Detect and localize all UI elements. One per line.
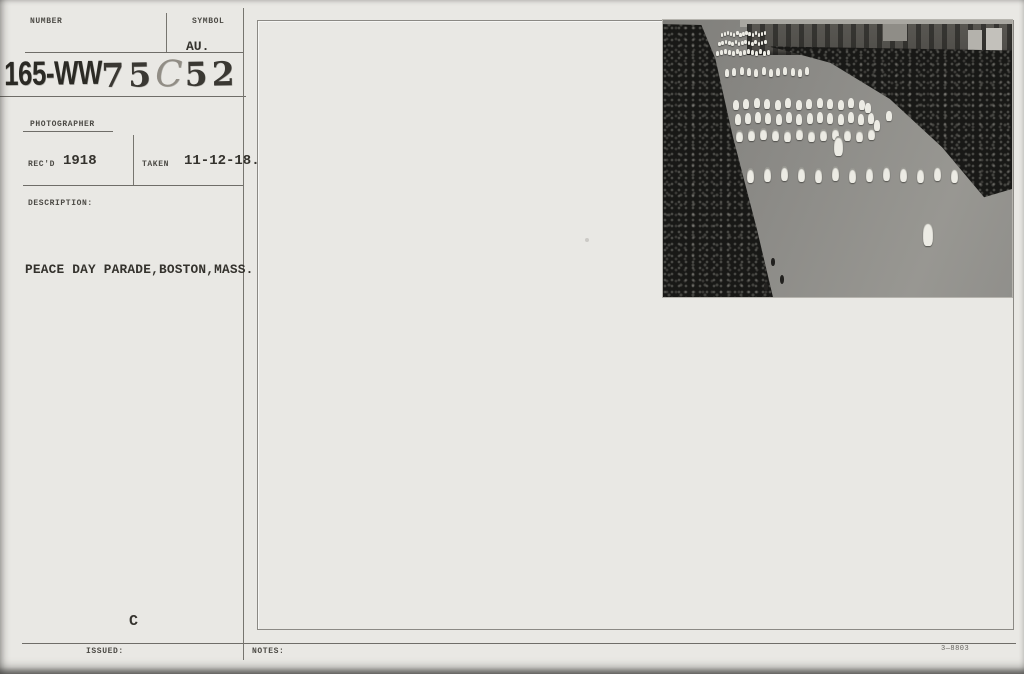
marcher-figure (827, 113, 833, 124)
taken-label: TAKEN (142, 160, 169, 169)
marcher-figure (755, 51, 758, 56)
marcher-figure (865, 103, 871, 113)
marcher-figure (751, 42, 754, 47)
number-label: NUMBER (30, 17, 62, 26)
symbol-value: AU. (186, 39, 209, 54)
marcher-figure (767, 50, 770, 55)
description-label: DESCRIPTION: (28, 199, 93, 208)
marcher-figure (791, 68, 795, 76)
marcher-figure (761, 41, 764, 46)
marcher-figure (748, 41, 751, 46)
marcher-figure (736, 130, 743, 142)
marcher-figure (728, 50, 731, 55)
marcher-figure (817, 98, 823, 108)
marcher-figure (866, 167, 874, 182)
marcher-figure (859, 100, 865, 110)
marcher-figure (731, 42, 734, 47)
marcher-figure (754, 40, 757, 45)
symbol-label: SYMBOL (192, 17, 224, 26)
marcher-figure (786, 112, 792, 123)
marcher-figure (776, 68, 780, 76)
marcher-row (735, 113, 875, 124)
marcher-figure (796, 100, 802, 110)
marcher-figure (724, 49, 727, 54)
marcher-figure (743, 50, 746, 55)
marcher-figure (747, 68, 751, 76)
class-mark: C (129, 613, 138, 630)
marcher-figure (760, 128, 767, 140)
marcher-figure (815, 168, 823, 183)
marcher-figure (748, 129, 755, 141)
marcher-row (721, 32, 767, 36)
marcher-figure (741, 41, 744, 46)
leader-figure (923, 222, 933, 246)
marcher-figure (951, 168, 959, 183)
marcher-row (725, 68, 809, 76)
marcher-row (736, 129, 875, 141)
archive-caption-card: NUMBER SYMBOL AU. 165-WW 75C52 PHOTOGRAP… (0, 0, 1024, 674)
marcher-figure (721, 41, 724, 46)
photographer-label: PHOTOGRAPHER (30, 120, 95, 129)
marcher-figure (745, 31, 748, 35)
marcher-figure (725, 40, 728, 45)
marcher-figure (740, 67, 744, 75)
marcher-row (747, 167, 959, 182)
marcher-figure (796, 128, 803, 140)
marcher-figure (754, 98, 760, 108)
rule-bottom (22, 643, 1016, 644)
marcher-figure (781, 166, 789, 181)
parade-photograph (663, 20, 1012, 297)
notes-label: NOTES: (252, 647, 284, 656)
marcher-figure (735, 40, 738, 45)
marcher-figure (798, 69, 802, 77)
marcher-figure (716, 51, 719, 56)
marcher-figure (751, 50, 754, 55)
paper-speck (585, 238, 589, 242)
received-label: REC'D (28, 160, 55, 169)
rule-under-dates (23, 185, 244, 186)
marcher-figure (744, 40, 747, 45)
marcher-figure (776, 114, 782, 125)
marcher-figure (718, 42, 721, 47)
marcher-figure (848, 98, 854, 108)
marcher-figure (736, 49, 739, 54)
marcher-figure (732, 51, 735, 56)
marcher-row (716, 50, 770, 55)
marcher-figure (720, 50, 723, 55)
marcher-figure (754, 69, 758, 77)
negative-number-stamp: 75C52 (101, 53, 239, 96)
marcher-figure (764, 31, 767, 35)
marcher-figure (817, 112, 823, 123)
marcher-figure (769, 69, 773, 77)
marcher-figure (721, 33, 724, 37)
marcher-figure (739, 51, 742, 56)
marcher-figure (735, 114, 741, 125)
marcher-figure (838, 114, 844, 125)
column-divider (243, 8, 244, 660)
taken-value: 11-12-18. (184, 153, 260, 169)
negative-number-part1: 75 (101, 55, 155, 95)
negative-number-part2: 52 (184, 54, 238, 94)
divider-number-symbol (166, 13, 167, 52)
marcher-figure (743, 99, 749, 109)
negative-number-letter: C (155, 54, 185, 95)
marcher-figure (785, 98, 791, 108)
marcher-figure (858, 114, 864, 125)
marcher-figure (755, 112, 761, 123)
series-stamp: 165-WW (4, 55, 102, 94)
marcher-figure (745, 113, 751, 124)
marcher-figure (758, 33, 761, 37)
marcher-figure (827, 99, 833, 109)
marcher-figure (733, 100, 739, 110)
bystander-figure (780, 275, 785, 284)
marcher-figure (832, 166, 840, 181)
marcher-figure (838, 100, 844, 110)
marcher-figure (763, 51, 766, 56)
marcher-figure (738, 42, 741, 47)
marcher-figure (747, 49, 750, 54)
marcher-row (718, 41, 767, 46)
form-number: 3—8803 (941, 645, 969, 653)
marcher-figure (784, 130, 791, 142)
marcher-figure (783, 67, 787, 75)
marcher-figure (727, 31, 730, 35)
marcher-figure (772, 129, 779, 141)
marcher-figure (874, 120, 880, 131)
marcher-figure (849, 168, 857, 183)
marcher-figure (798, 167, 806, 182)
marcher-figure (808, 130, 815, 142)
marcher-figure (739, 33, 742, 37)
marcher-figure (747, 168, 755, 183)
marcher-figure (805, 67, 809, 75)
marcher-figure (764, 167, 772, 182)
received-value: 1918 (63, 153, 97, 169)
marcher-figure (917, 168, 925, 183)
marcher-figure (764, 40, 767, 45)
rule-under-number (0, 96, 246, 97)
marcher-figure (728, 41, 731, 46)
divider-recd-taken (133, 135, 134, 185)
marcher-figure (856, 130, 863, 142)
marcher-figure (807, 113, 813, 124)
marcher-figure (883, 166, 891, 181)
marcher-figure (758, 42, 761, 47)
marcher-figure (886, 111, 892, 121)
marcher-figure (900, 167, 908, 182)
marcher-figure (806, 99, 812, 109)
marcher-figure (764, 99, 770, 109)
rule-under-photographer (23, 131, 113, 132)
marcher-figure (732, 68, 736, 76)
marcher-figure (765, 113, 771, 124)
marcher-figure (934, 166, 942, 181)
marcher-figure (759, 49, 762, 54)
marcher-figure (796, 114, 802, 125)
marcher-figure (775, 100, 781, 110)
marcher-figure (844, 129, 851, 141)
marcher-figure (762, 67, 766, 75)
flag-bearer-figure (834, 136, 843, 156)
marcher-row (733, 99, 865, 109)
marcher-figure (725, 69, 729, 77)
marcher-figure (820, 129, 827, 141)
building-awning (883, 24, 907, 41)
marcher-figure (848, 112, 854, 123)
issued-label: ISSUED: (86, 647, 124, 656)
bystander-figure (771, 258, 775, 266)
description-value: PEACE DAY PARADE,BOSTON,MASS. (25, 262, 254, 277)
